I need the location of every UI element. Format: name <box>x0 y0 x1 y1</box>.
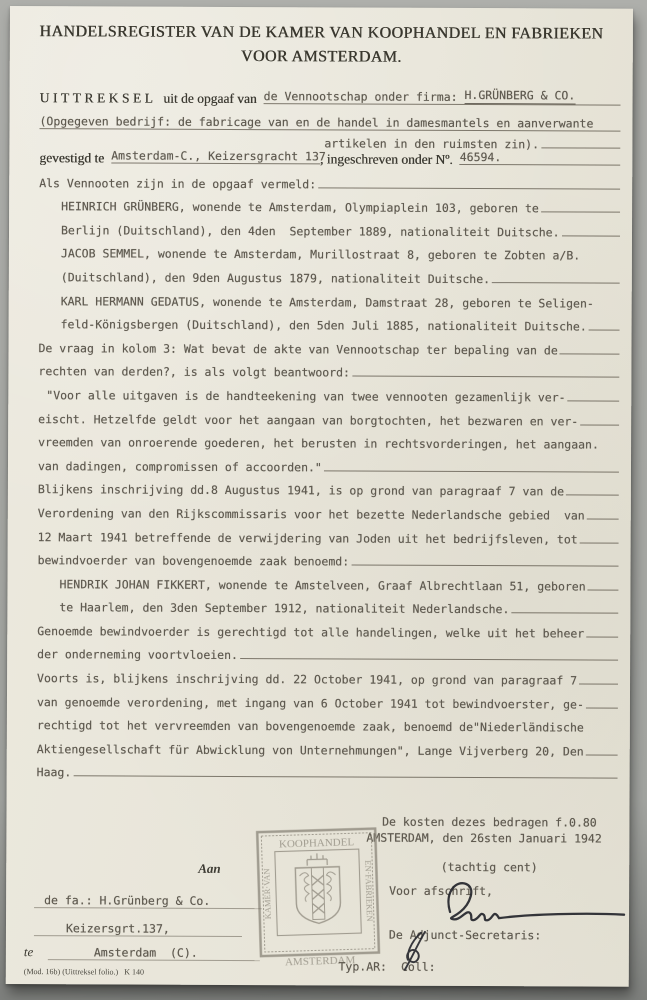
extract-line: UITTREKSEL uit de opgaaf van de Vennoots… <box>40 80 621 109</box>
rule-fill <box>579 684 618 685</box>
line-text: "Voor alle uitgaven is de handteekening … <box>46 388 565 404</box>
rule-fill <box>352 376 619 378</box>
rule-fill <box>568 400 620 401</box>
business-ruled-line: (Opgegeven bedrijf: de fabricage van en … <box>39 114 620 132</box>
header-title-line2: VOOR AMSTERDAM. <box>10 44 633 71</box>
line-text: Voorts is, blijkens inschrijving dd. 22 … <box>37 671 577 687</box>
rule-fill <box>318 187 620 189</box>
doc-line: JACOB SEMMEL, wonende te Amsterdam, Muri… <box>39 237 620 263</box>
doc-line: Als Vennooten zijn in de opgaaf vermeld: <box>39 166 620 192</box>
document-sheet: HANDELSREGISTER VAN DE KAMER VAN KOOPHAN… <box>6 6 633 987</box>
rule-fill <box>492 282 620 284</box>
typist-code: Typ.AR: <box>338 959 387 973</box>
line-text: eischt. Hetzelfde geldt voor het aangaan… <box>38 412 578 428</box>
underlined-name: GRÜNBERG <box>123 200 178 216</box>
form-reference: (Mod. 16b) (Uittreksel folio.)K 140 <box>24 967 150 977</box>
line-text: (Duitschland), den 9den Augustus 1879, n… <box>61 270 490 286</box>
doc-line: te Haarlem, den 3den September 1912, nat… <box>37 591 618 617</box>
line-text: 12 Maart 1941 betreffende de verwijderin… <box>38 530 578 546</box>
place-and-date: AMSTERDAM, den 26sten Januari 1942 <box>366 831 601 846</box>
doc-line: eischt. Hetzelfde geldt voor het aangaan… <box>38 402 619 428</box>
line-text: vreemden van onroerende goederen, het be… <box>38 435 599 451</box>
paraph-ink <box>401 930 431 974</box>
business-text-continued: artikelen in den ruimsten zin). <box>324 136 539 151</box>
typed-paragraphs: Als Vennooten zijn in de opgaaf vermeld:… <box>37 166 621 782</box>
line-text: Haag. <box>37 766 72 780</box>
doc-line: De vraag in kolom 3: Wat bevat de akte v… <box>38 331 619 357</box>
line-text: rechten van derden?, is als volgt beantw… <box>38 364 350 379</box>
addressee-line-2: Keizersgrt.137, <box>34 910 242 937</box>
line-text: Aktiengesellschaft für Abwicklung von Un… <box>37 742 584 758</box>
seat-ruled-line: Amsterdam-C., Keizersgracht 137 <box>111 149 320 164</box>
line-text: rechtigd tot het vervreemden van bovenge… <box>37 718 584 734</box>
registration-number: 46594. <box>460 150 502 164</box>
rule-fill <box>580 542 619 543</box>
registered-label: , ingeschreven onder Nº. <box>320 151 460 168</box>
rule-fill <box>586 707 618 708</box>
header-title-line1: HANDELSREGISTER VAN DE KAMER VAN KOOPHAN… <box>10 20 633 47</box>
form-model: (Mod. 16b) (Uittreksel folio.) <box>24 967 118 976</box>
doc-line: Aktiengesellschaft für Abwicklung von Un… <box>37 732 618 758</box>
te-label: te <box>24 944 33 960</box>
doc-line: Voorts is, blijkens inschrijving dd. 22 … <box>37 662 618 688</box>
doc-line: HENDRIK JOHAN FIKKERT, wonende te Amstel… <box>37 567 618 593</box>
underlined-name: FIKKERT <box>156 577 205 593</box>
line-text: HENDRIK JOHAN FIKKERT, wonende te Amstel… <box>59 577 585 593</box>
secretary-signature <box>436 876 632 937</box>
addressee-firm: de fa.: H.Grünberg & Co. <box>34 893 210 908</box>
rule-fill <box>588 589 619 590</box>
extract-label: UITTREKSEL <box>40 90 164 107</box>
doc-line: van genoemde verordening, met ingang van… <box>37 685 618 711</box>
rule-fill <box>562 235 621 236</box>
line-text: De vraag in kolom 3: Wat bevat de akte v… <box>38 341 557 357</box>
document-header: HANDELSREGISTER VAN DE KAMER VAN KOOPHAN… <box>10 20 633 71</box>
rule-fill <box>560 353 620 354</box>
doc-line: "Voor alle uitgaven is de handteekening … <box>38 378 619 404</box>
document-body: UITTREKSEL uit de opgaaf van de Vennoots… <box>37 80 621 782</box>
rule-fill <box>589 330 620 331</box>
underlined-name: GEDATUS <box>151 294 200 310</box>
doc-line: 12 Maart 1941 betreffende de verwijderin… <box>38 520 619 546</box>
line-text: JACOB SEMMEL, wonende te Amsterdam, Muri… <box>61 247 580 263</box>
firm-name: H.GRÜNBERG & CO. <box>464 88 575 104</box>
costs-line1: De kosten dezes bedragen f.0.80 <box>358 815 620 831</box>
rule-fill <box>580 424 619 425</box>
number-ruled-line: 46594. <box>460 150 621 166</box>
rule-fill <box>566 495 619 496</box>
line-text: Als Vennooten zijn in de opgaaf vermeld: <box>39 176 316 191</box>
form-code: K 140 <box>124 968 144 977</box>
stamp-text-left: KAMER·VAN <box>261 868 273 919</box>
seated-label: gevestigd te <box>39 150 111 166</box>
line-text: HEINRICH GRÜNBERG, wonende te Amsterdam,… <box>61 199 539 215</box>
seat-address: Amsterdam-C., Keizersgracht 137 <box>111 149 326 163</box>
rule-fill <box>541 147 620 148</box>
doc-line: KARL HERMANN GEDATUS, wonende te Amsterd… <box>39 284 620 310</box>
line-text: KARL HERMANN GEDATUS, wonende te Amsterd… <box>61 294 594 310</box>
doc-line: van dadingen, compromissen of accoorden.… <box>38 449 619 475</box>
line-text: Genoemde bewindvoerder is gerechtigd tot… <box>37 624 584 640</box>
line-text: Blijkens inschrijving dd.8 Augustus 1941… <box>38 482 564 498</box>
doc-line: rechten van derden?, is als volgt beantw… <box>38 355 619 381</box>
line-text: te Haarlem, den 3den September 1912, nat… <box>59 601 509 617</box>
line-text: Berlijn (Duitschland), den 4den Septembe… <box>61 223 560 239</box>
addressee-label: Aan <box>198 861 220 877</box>
photo-background: { "header": { "line1": "HANDELSREGISTER … <box>0 0 647 1000</box>
rule-fill <box>73 776 617 779</box>
business-text: (Opgegeven bedrijf: de fabricage van en … <box>39 114 593 130</box>
addressee-line-3: Amsterdam (C). <box>48 934 260 961</box>
business-line-1: (Opgegeven bedrijf: de fabricage van en … <box>39 106 620 135</box>
addressee-city: Amsterdam (C). <box>48 945 198 960</box>
doc-line: rechtigd tot het vervreemden van bovenge… <box>37 709 618 735</box>
addressee-line-1: de fa.: H.Grünberg & Co. <box>34 882 262 909</box>
doc-line: Blijkens inschrijving dd.8 Augustus 1941… <box>38 473 619 499</box>
doc-line: HEINRICH GRÜNBERG, wonende te Amsterdam,… <box>39 190 620 216</box>
doc-line: (Duitschland), den 9den Augustus 1879, n… <box>39 261 620 287</box>
collation-initials <box>401 930 431 978</box>
extract-label-rest: uit de opgaaf van <box>163 91 263 107</box>
line-text: der onderneming voortvloeien. <box>37 648 238 663</box>
rule-fill <box>586 754 618 755</box>
doc-line: Verordening van den Rijkscommissaris voo… <box>38 496 619 522</box>
line-text: van dadingen, compromissen of accoorden.… <box>38 459 322 474</box>
rule-fill <box>240 658 618 661</box>
rule-fill <box>351 565 618 567</box>
line-text: van genoemde verordening, met ingang van… <box>37 695 584 711</box>
doc-line: der onderneming voortvloeien. <box>37 638 618 664</box>
doc-line: Genoemde bewindvoerder is gerechtigd tot… <box>37 614 618 640</box>
doc-line: vreemden van onroerende goederen, het be… <box>38 426 619 452</box>
signature-ink <box>436 876 632 933</box>
rule-fill <box>501 164 620 165</box>
rule-fill <box>586 636 618 637</box>
firm-descriptor: de Vennootschap onder firma: <box>264 89 465 104</box>
rule-fill <box>511 612 618 613</box>
rule-fill <box>587 518 619 519</box>
doc-line: Berlijn (Duitschland), den 4den Septembe… <box>39 213 620 239</box>
firm-ruled-line: de Vennootschap onder firma: H.GRÜNBERG … <box>264 87 621 106</box>
stamp-text-right: EN·FABRIEKEN <box>363 860 375 922</box>
line-text: Verordening van den Rijkscommissaris voo… <box>38 506 585 522</box>
doc-line: Haag. <box>37 756 618 782</box>
line-text: feld-Königsbergen (Duitschland), den 5de… <box>61 317 587 333</box>
doc-line: feld-Königsbergen (Duitschland), den 5de… <box>39 308 620 334</box>
rule-fill <box>324 470 619 472</box>
doc-line: bewindvoerder van bovengenoemde zaak ben… <box>38 544 619 570</box>
stamp-text-top: KOOPHANDEL <box>279 836 355 850</box>
line-text: bewindvoerder van bovengenoemde zaak ben… <box>38 553 350 568</box>
underlined-name: SEMMEL <box>102 247 144 263</box>
rule-fill <box>541 212 620 213</box>
